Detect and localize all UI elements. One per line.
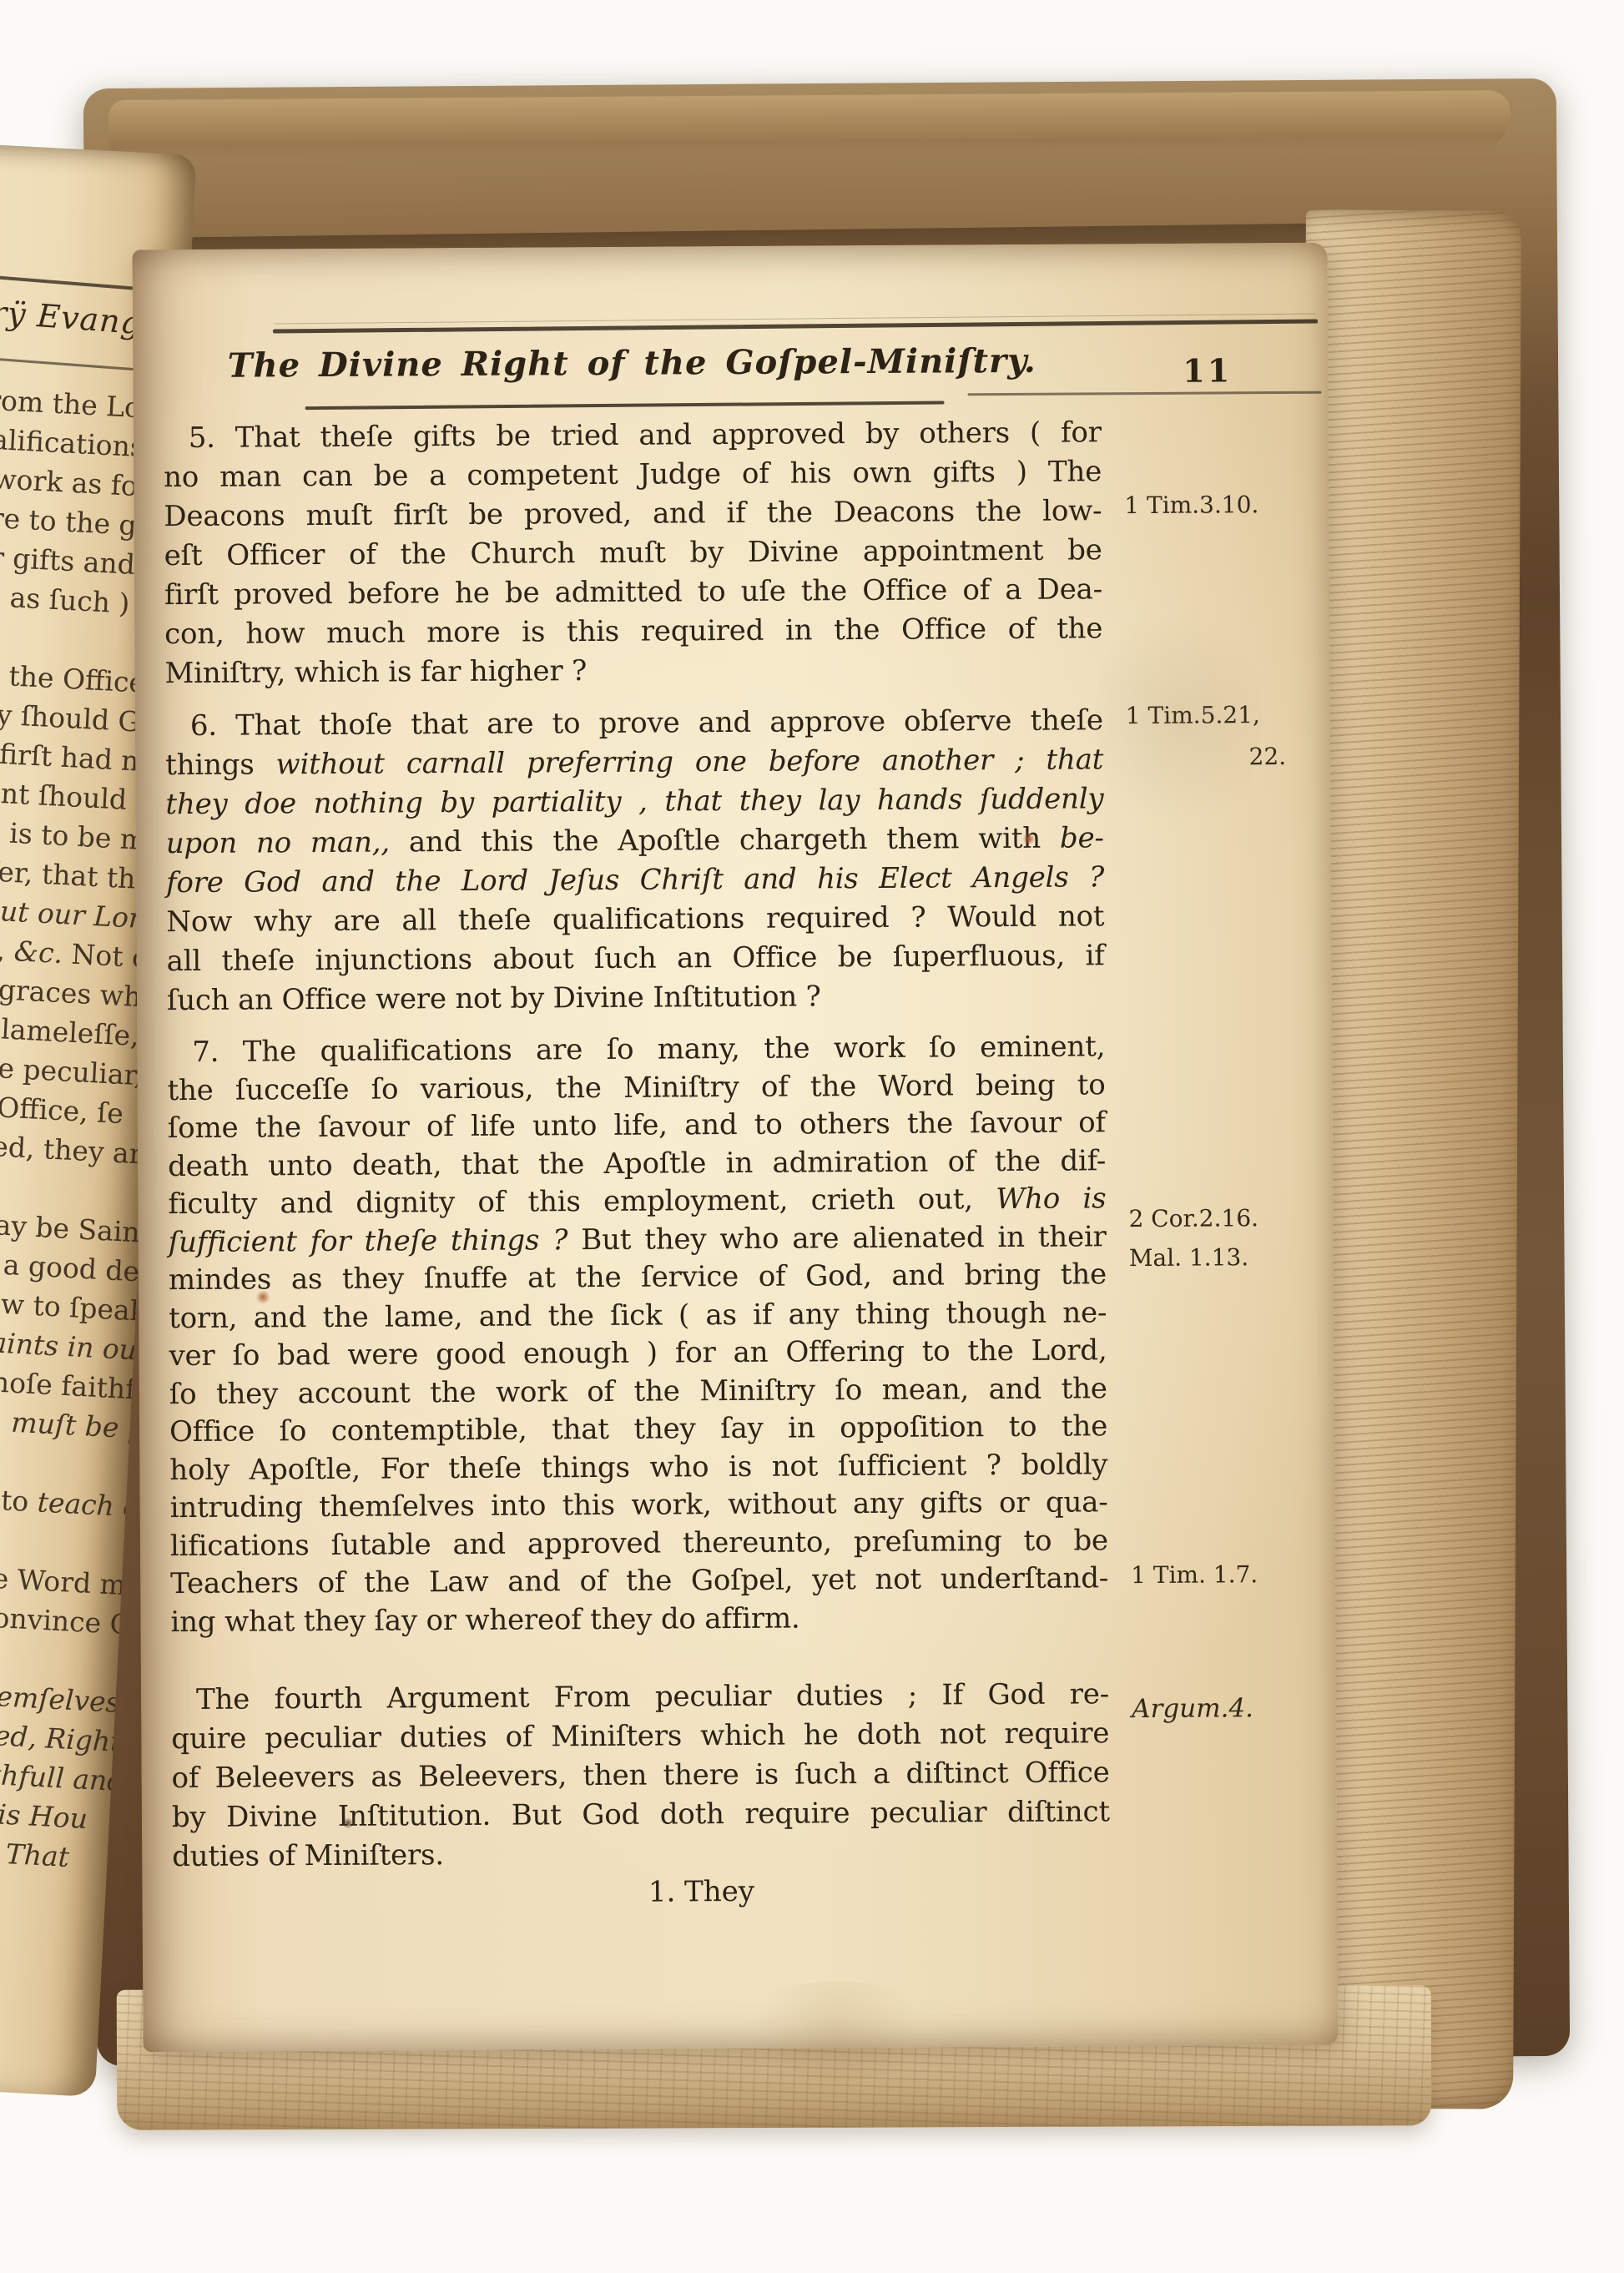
text-segment: Miniſtry, which is far higher ? bbox=[164, 654, 587, 690]
text-line: Office ſo contemptible, that they ſay in… bbox=[169, 1408, 1107, 1451]
text-line: intruding themſelves into this work, wit… bbox=[169, 1484, 1107, 1527]
text-line: things without carnall preferring one be… bbox=[165, 740, 1103, 785]
text-line: eſt Officer of the Church muſt by Divine… bbox=[164, 531, 1102, 576]
text-segment: holy Apoſtle, For theſe things who is no… bbox=[169, 1448, 1107, 1487]
text-segment: they doe nothing by partiality , that th… bbox=[165, 782, 1103, 821]
header-rule-top bbox=[273, 320, 1318, 334]
text-segment: ing what they ſay or whereof they do aff… bbox=[170, 1601, 799, 1639]
margin-note: 1 Tim. 1.7. bbox=[1131, 1560, 1291, 1590]
text-segment: 5. That bbox=[0, 1836, 70, 1873]
text-segment: without carnall preferring one before an… bbox=[275, 743, 1103, 781]
text-line: 6. That thoſe that are to prove and appr… bbox=[165, 701, 1103, 746]
page-number: 11 bbox=[1183, 351, 1232, 389]
header-rule-margin bbox=[967, 391, 1321, 396]
text-segment: be- bbox=[1060, 821, 1104, 854]
text-line: ſo they account the work of the Miniſtry… bbox=[169, 1370, 1107, 1414]
text-segment: and this the Apoſtle chargeth them with bbox=[390, 822, 1060, 859]
text-segment: by Divine Inſtitution. But God doth requ… bbox=[172, 1795, 1110, 1834]
margin-note: Argum.4. bbox=[1132, 1694, 1292, 1723]
text-line: 5. That theſe gifts be tried and approve… bbox=[164, 413, 1102, 458]
text-line: mindes as they ſnuffe at the ſervice of … bbox=[169, 1256, 1107, 1299]
text-line: ing what they ſay or whereof they do aff… bbox=[170, 1598, 1108, 1641]
text-segment: quire peculiar duties of Miniſters which… bbox=[171, 1716, 1109, 1756]
text-line: lifications ſutable and approved thereun… bbox=[170, 1522, 1108, 1565]
margin-note: Mal. 1.13. bbox=[1129, 1243, 1289, 1273]
text-segment: fore God and the Lord Jeſus Chriſt and h… bbox=[166, 860, 1104, 900]
text-line: Now why are all theſe qualifications req… bbox=[166, 897, 1104, 942]
text-line: torn, and the lame, and the ſick ( as if… bbox=[169, 1294, 1107, 1338]
text-segment: mindes as they ſnuffe at the ſervice of … bbox=[169, 1257, 1107, 1297]
text-segment: intruding themſelves into this work, wit… bbox=[170, 1485, 1108, 1525]
text-segment: Now why are all theſe qualifications req… bbox=[166, 900, 1104, 939]
text-segment: the ſucceſſe ſo various, the Miniſtry of… bbox=[167, 1068, 1105, 1107]
text-segment: ſuch an Office were not by Divine Inſtit… bbox=[167, 980, 821, 1017]
text-segment: firſt proved before he be admitted to uſ… bbox=[164, 572, 1102, 612]
text-segment: things bbox=[165, 748, 276, 782]
text-segment: lifications ſutable and approved thereun… bbox=[170, 1524, 1108, 1563]
text-segment: Teachers of the Law and of the Goſpel, y… bbox=[170, 1561, 1108, 1600]
text-segment: But they who are alienated in their bbox=[567, 1220, 1107, 1257]
book-photo: iniſterÿ Evangelii, rawn from the Lordsa… bbox=[0, 0, 1624, 2273]
text-segment: 6. That thoſe that are to prove and appr… bbox=[190, 703, 1103, 743]
text-line: Deacons muſt firſt be proved, and if the… bbox=[164, 491, 1102, 537]
text-line: the ſucceſſe ſo various, the Miniſtry of… bbox=[167, 1066, 1105, 1110]
text-segment: Who is bbox=[996, 1182, 1106, 1216]
text-line: no man can be a competent Judge of his o… bbox=[164, 452, 1102, 497]
text-segment: upon no man,, bbox=[166, 826, 390, 861]
text-segment: eſt Officer of the Church muſt by Divine… bbox=[164, 533, 1102, 572]
text-line: con, how much more is this required in t… bbox=[164, 609, 1102, 654]
text-segment: ſo they account the work of the Miniſtry… bbox=[169, 1372, 1107, 1411]
margin-note: 2 Cor.2.16. bbox=[1128, 1204, 1289, 1233]
text-line: fore God and the Lord Jeſus Chriſt and h… bbox=[166, 858, 1104, 903]
text-line: by Divine Inſtitution. But God doth requ… bbox=[172, 1792, 1110, 1837]
text-line: The fourth Argument From peculiar duties… bbox=[171, 1675, 1109, 1720]
cover-top-edge bbox=[108, 90, 1511, 159]
text-segment: The fourth Argument From peculiar duties… bbox=[196, 1677, 1109, 1716]
text-line: all theſe injunctions about ſuch an Offi… bbox=[166, 936, 1104, 981]
text-line: ver ſo bad were good enough ) for an Off… bbox=[169, 1332, 1107, 1375]
text-line: ficulty and dignity of this employment, … bbox=[168, 1180, 1106, 1223]
text-segment: Deacons muſt firſt be proved, and if the… bbox=[164, 494, 1102, 533]
text-segment: duties of Miniſters. bbox=[172, 1838, 444, 1873]
text-line: Teachers of the Law and of the Goſpel, y… bbox=[170, 1560, 1108, 1603]
text-segment: ver ſo bad were good enough ) for an Off… bbox=[169, 1333, 1107, 1373]
text-line: ſome the ſavour of life unto life, and t… bbox=[168, 1104, 1106, 1147]
margin-note: 22. bbox=[1126, 743, 1286, 772]
text-line: 7. The qualifications are ſo many, the w… bbox=[167, 1028, 1105, 1071]
text-line: Miniſtry, which is far higher ? bbox=[164, 648, 1102, 693]
text-segment: no man can be a competent Judge of his o… bbox=[164, 455, 1102, 494]
text-segment: Office ſo contemptible, that they ſay in… bbox=[169, 1409, 1107, 1449]
text-line: duties of Miniſters. bbox=[172, 1832, 1110, 1877]
text-line: holy Apoſtle, For theſe things who is no… bbox=[169, 1446, 1107, 1489]
margin-note: 1 Tim.5.21, bbox=[1126, 701, 1286, 730]
text-line: death unto death, that the Apoſtle in ad… bbox=[168, 1142, 1106, 1186]
running-title: The Divine Right of the Goſpel-Miniſtry. bbox=[163, 340, 1101, 386]
text-line: firſt proved before he be admitted to uſ… bbox=[164, 570, 1102, 615]
margin-note: 1 Tim.3.10. bbox=[1124, 491, 1284, 520]
margin-notes: 1 Tim.3.10.1 Tim.5.21,22.2 Cor.2.16.Mal.… bbox=[1122, 243, 1283, 244]
text-line: quire peculiar duties of Miniſters which… bbox=[171, 1714, 1109, 1759]
text-line: of Beleevers as Beleevers, then there is… bbox=[171, 1753, 1109, 1798]
text-segment: ſufficient for theſe things ? bbox=[169, 1223, 568, 1259]
text-segment: torn, and the lame, and the ſick ( as if… bbox=[169, 1296, 1107, 1335]
text-line: upon no man,, and this the Apoſtle charg… bbox=[166, 819, 1104, 864]
text-segment: ſome the ſavour of life unto life, and t… bbox=[168, 1106, 1106, 1145]
text-segment: all theſe injunctions about ſuch an Offi… bbox=[167, 939, 1105, 978]
text-segment: 7. The qualifications are ſo many, the w… bbox=[192, 1030, 1105, 1069]
text-line: ſufficient for theſe things ? But they w… bbox=[169, 1218, 1107, 1262]
text-line: ſuch an Office were not by Divine Inſtit… bbox=[167, 975, 1105, 1021]
text-segment: pt but able to bbox=[0, 1475, 38, 1518]
text-line: they doe nothing by partiality , that th… bbox=[165, 779, 1103, 824]
text-segment: of Beleevers as Beleevers, then there is… bbox=[171, 1756, 1109, 1795]
paragraph: 7. The qualifications are ſo many, the w… bbox=[167, 1028, 1108, 1641]
text-segment: &c. bbox=[13, 935, 63, 970]
text-segment: ficulty and dignity of this employment, … bbox=[168, 1182, 996, 1221]
right-page: The Divine Right of the Goſpel-Miniſtry.… bbox=[132, 243, 1338, 2053]
paragraph: The fourth Argument From peculiar duties… bbox=[171, 1675, 1110, 1877]
catchword: 1. They bbox=[609, 1875, 793, 1909]
text-segment: con, how much more is this required in t… bbox=[164, 612, 1102, 651]
text-segment: death unto death, that the Apoſtle in ad… bbox=[168, 1144, 1106, 1183]
paragraph: 5. That theſe gifts be tried and approve… bbox=[164, 413, 1103, 693]
header-rule-bottom bbox=[305, 401, 945, 410]
paragraph: 6. That thoſe that are to prove and appr… bbox=[165, 701, 1105, 1021]
text-segment: 5. That theſe gifts be tried and approve… bbox=[189, 416, 1102, 455]
